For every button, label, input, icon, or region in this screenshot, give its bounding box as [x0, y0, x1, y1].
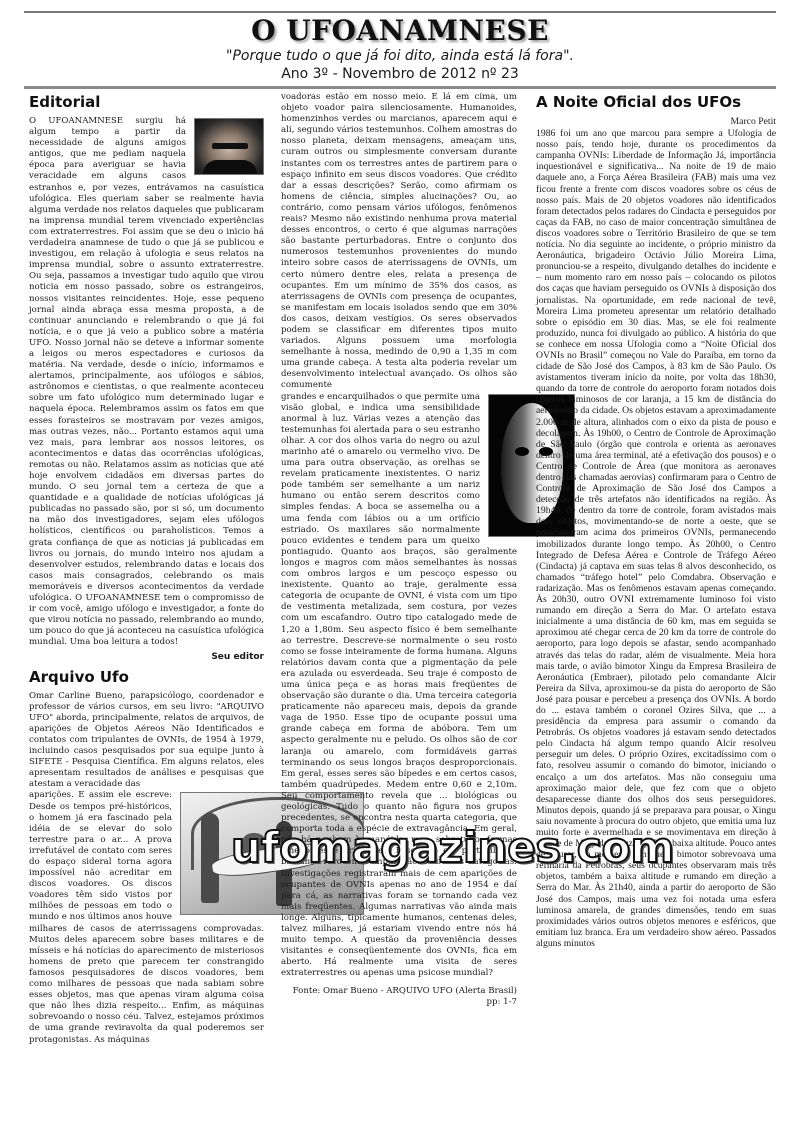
editorial-heading: Editorial — [29, 92, 264, 112]
column-left: Editorial O UFOANAMNESE surgiu há algum … — [29, 92, 264, 1046]
masthead-bottom-rule — [24, 86, 776, 89]
glasses-shape — [212, 143, 248, 149]
editorial-signoff: Seu editor — [29, 652, 264, 663]
noite-author: Marco Petit — [536, 116, 776, 127]
alien-eye-shape — [515, 447, 529, 456]
masthead: O UFOANAMNESE "Porque tudo o que já foi … — [0, 16, 800, 83]
newspaper-title: O UFOANAMNESE — [0, 16, 800, 46]
arquivo-heading: Arquivo Ufo — [29, 667, 264, 687]
shirt-shape — [203, 160, 257, 174]
arquivo-intro: Omar Carline Bueno, parapsicólogo, coord… — [29, 691, 264, 791]
editor-photo — [194, 118, 264, 175]
newspaper-motto: "Porque tudo o que já foi dito, ainda es… — [0, 47, 800, 65]
arquivo-body-part2: voadoras estão em nosso meio. E lá em ci… — [281, 92, 517, 392]
column-right: A Noite Oficial dos UFOs Marco Petit 198… — [536, 92, 776, 949]
editorial-text: O UFOANAMNESE surgiu há algum tempo a pa… — [29, 116, 264, 649]
alien-figure-shape — [201, 813, 219, 903]
arquivo-body-part3: grandes e encarquilhados o que permite u… — [281, 392, 517, 980]
watermark: ufomagazines.com — [231, 826, 674, 870]
arquivo-source: Fonte: Omar Bueno - ARQUIVO UFO (Alerta … — [281, 986, 517, 1008]
masthead-top-rule — [24, 11, 776, 13]
noite-heading: A Noite Oficial dos UFOs — [536, 92, 776, 112]
issue-info: Ano 3º - Novembro de 2012 nº 23 — [0, 65, 800, 83]
